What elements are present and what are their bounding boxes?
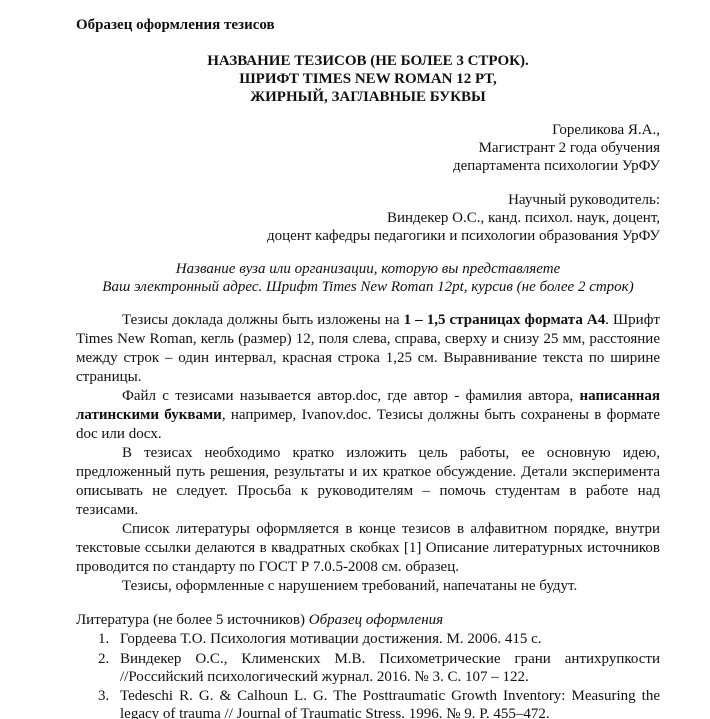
paragraph-line: предложенный путь решения, результаты и … — [76, 462, 660, 482]
reference-number: 3. — [98, 686, 109, 706]
title-line: НАЗВАНИЕ ТЕЗИСОВ (НЕ БОЛЕЕ 3 СТРОК). — [0, 51, 710, 71]
supervisor-name: Виндекер О.С., канд. психол. наук, доцен… — [387, 208, 660, 228]
author-name: Гореликова Я.А., — [552, 120, 660, 140]
paragraph-line: тезисами. — [76, 500, 660, 520]
reference-number: 1. — [98, 629, 109, 649]
paragraph-line: латинскими буквами, например, Ivanov.doc… — [76, 405, 660, 425]
author-department: департамента психологии УрФУ — [453, 156, 660, 176]
organization-email: Ваш электронный адрес. Шрифт Times New R… — [0, 277, 710, 297]
reference-text: Tedeschi R. G. & Calhoun L. G. The Postt… — [120, 686, 660, 706]
paragraph-line: Список литературы оформляется в конце те… — [76, 519, 660, 539]
reference-text: Виндекер О.С., Клименских М.В. Психометр… — [120, 649, 660, 669]
reference-text: legacy of trauma // Journal of Traumatic… — [120, 704, 550, 719]
paragraph-line: Файл с тезисами называется автор.doc, гд… — [76, 386, 660, 406]
paragraph-line: текстовые ссылки делаются в квадратных с… — [76, 538, 660, 558]
title-line: ШРИФТ TIMES NEW ROMAN 12 PT, — [0, 69, 710, 89]
paragraph-line: описывать не следует. Просьба к руководи… — [76, 481, 660, 501]
paragraph-line: Тезисы, оформленные с нарушением требова… — [76, 576, 660, 596]
reference-text: //Российский психологический журнал. 201… — [120, 667, 529, 687]
paragraph-line: проводится по стандарту по ГОСТ Р 7.0.5-… — [76, 557, 660, 577]
reference-number: 2. — [98, 649, 109, 669]
title-line: ЖИРНЫЙ, ЗАГЛАВНЫЕ БУКВЫ — [0, 87, 710, 107]
paragraph-line: Тезисы доклада должны быть изложены на 1… — [76, 310, 660, 330]
paragraph-line: страницы. — [76, 367, 660, 387]
paragraph-line: между строк – один интервал, красная стр… — [76, 348, 660, 368]
supervisor-label: Научный руководитель: — [508, 190, 660, 210]
references-heading: Литература (не более 5 источников) Образ… — [76, 610, 443, 630]
paragraph-line: Times New Roman, кегль (размер) 12, поля… — [76, 329, 660, 349]
organization-name: Название вуза или организации, которую в… — [0, 259, 710, 279]
document-heading: Образец оформления тезисов — [76, 15, 275, 35]
paragraph-line: doc или docx. — [76, 424, 660, 444]
reference-text: Гордеева Т.О. Психология мотивации дости… — [120, 629, 541, 649]
author-status: Магистрант 2 года обучения — [479, 138, 660, 158]
paragraph-line: В тезисах необходимо кратко изложить цел… — [76, 443, 660, 463]
supervisor-position: доцент кафедры педагогики и психологии о… — [267, 226, 660, 246]
